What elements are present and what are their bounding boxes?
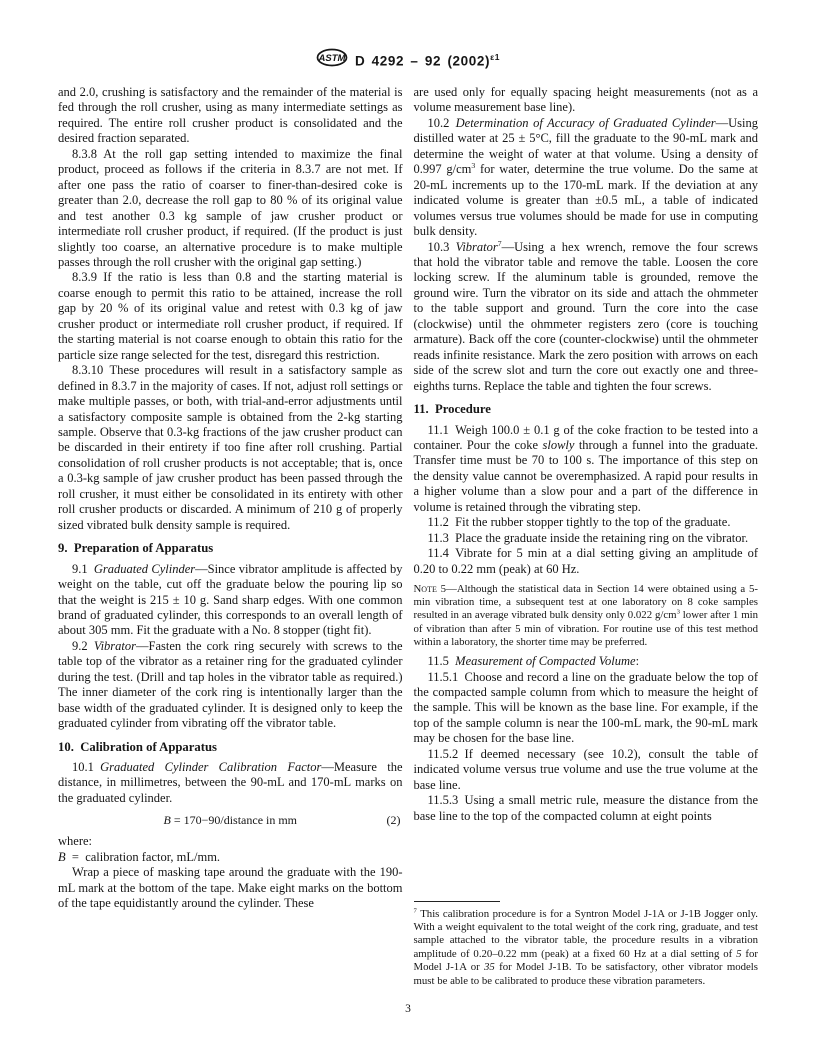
paragraph: 10.2 Determination of Accuracy of Gradua… [414, 116, 759, 240]
page-footer: 3 [0, 1003, 816, 1015]
paragraph: 11.4 Vibrate for 5 min at a dial setting… [414, 546, 759, 577]
note: Note 5—Although the statistical data in … [414, 583, 759, 649]
column-left: and 2.0, crushing is satisfactory and th… [58, 85, 403, 988]
page-number: 3 [405, 1003, 411, 1015]
section-heading: 10. Calibration of Apparatus [58, 740, 403, 755]
equation-number: (2) [387, 813, 401, 828]
paragraph: 11.1 Weigh 100.0 ± 0.1 g of the coke fra… [414, 423, 759, 516]
equation: B = 170−90/distance in mm(2) [58, 813, 403, 828]
paragraph: 11.5.3 Using a small metric rule, measur… [414, 793, 759, 824]
paragraph: 11.5.1 Choose and record a line on the g… [414, 670, 759, 747]
designation-superscript: ε1 [490, 52, 500, 62]
document-page: ASTM D 4292 – 92 (2002)ε1 and 2.0, crush… [0, 0, 816, 1056]
paragraph: B = calibration factor, mL/mm. [58, 850, 403, 865]
column-right: are used only for equally spacing height… [414, 85, 759, 988]
paragraph: where: [58, 834, 403, 849]
paragraph: 11.2 Fit the rubber stopper tightly to t… [414, 515, 759, 530]
paragraph: 10.3 Vibrator7—Using a hex wrench, remov… [414, 240, 759, 395]
paragraph: are used only for equally spacing height… [414, 85, 759, 116]
paragraph: 11.5.2 If deemed necessary (see 10.2), c… [414, 747, 759, 793]
svg-text:ASTM: ASTM [317, 53, 346, 64]
equation-body: B = 170−90/distance in mm [163, 813, 297, 827]
paragraph: Wrap a piece of masking tape around the … [58, 865, 403, 911]
footnote-text: 7 This calibration procedure is for a Sy… [414, 908, 759, 988]
paragraph: 8.3.8 At the roll gap setting intended t… [58, 147, 403, 271]
section-heading: 9. Preparation of Apparatus [58, 541, 403, 556]
paragraph: 9.2 Vibrator—Fasten the cork ring secure… [58, 639, 403, 732]
standard-designation: D 4292 – 92 (2002)ε1 [355, 52, 500, 69]
page-header: ASTM D 4292 – 92 (2002)ε1 [0, 48, 816, 72]
paragraph: 11.5 Measurement of Compacted Volume: [414, 654, 759, 669]
paragraph: 8.3.9 If the ratio is less than 0.8 and … [58, 270, 403, 363]
footnote-rule [414, 901, 500, 902]
paragraph: 11.3 Place the graduate inside the retai… [414, 531, 759, 546]
two-column-body: and 2.0, crushing is satisfactory and th… [58, 85, 758, 988]
astm-logo-icon: ASTM [316, 48, 348, 72]
section-heading: 11. Procedure [414, 402, 759, 417]
paragraph: 8.3.10 These procedures will result in a… [58, 363, 403, 533]
paragraph: and 2.0, crushing is satisfactory and th… [58, 85, 403, 147]
footnote: 7 This calibration procedure is for a Sy… [414, 901, 759, 988]
paragraph: 10.1 Graduated Cylinder Calibration Fact… [58, 760, 403, 806]
paragraph: 9.1 Graduated Cylinder—Since vibrator am… [58, 562, 403, 639]
